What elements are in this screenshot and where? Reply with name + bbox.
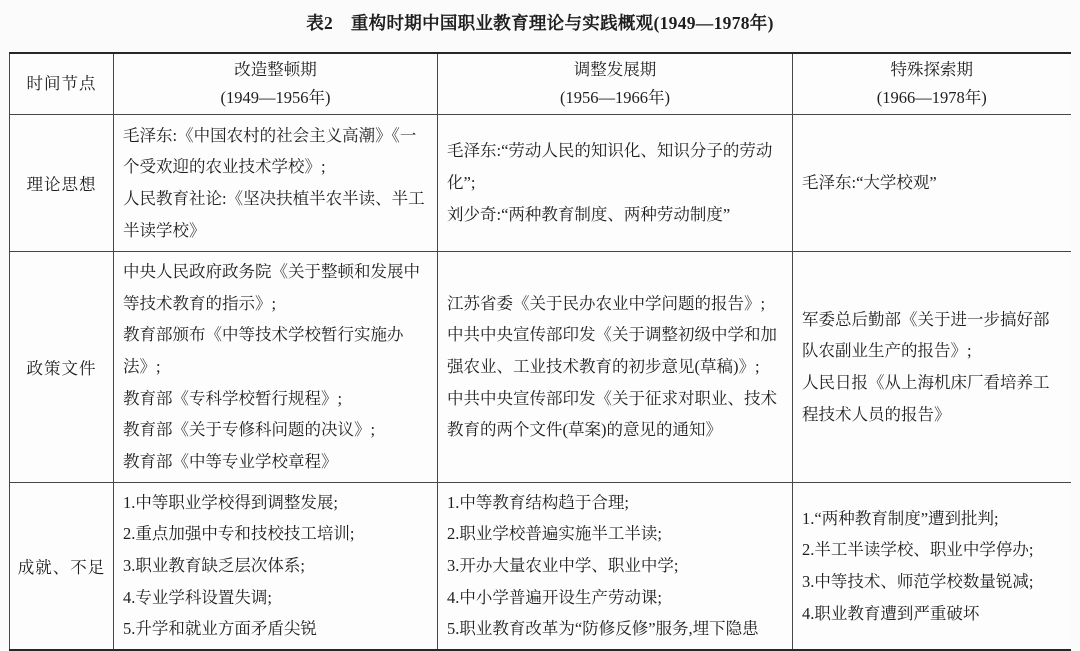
cell-line: 3.开办大量农业中学、职业中学; xyxy=(447,550,786,582)
column-name: 调整发展期 xyxy=(442,56,788,84)
row-label: 成就、不足 xyxy=(10,482,114,601)
column-header-period-3: 特殊探索期 (1966—1978年) xyxy=(793,53,1071,115)
cell-line: 毛泽东:“大学校观” xyxy=(802,167,1065,199)
table-row: 成就、不足1.中等职业学校得到调整发展;2.重点加强中专和技校技工培训;3.职业… xyxy=(10,482,1071,601)
cell-line: 教育部《专科学校暂行规程》; xyxy=(123,383,431,415)
cell-line: 1.“两种教育制度”遭到批判; xyxy=(802,503,1065,535)
cell-line: 3.中等技术、师范学校数量锐减; xyxy=(802,566,1065,598)
cell-line: 人民日报《从上海机床厂看培养工程技术人员的报告》 xyxy=(802,367,1065,430)
table-cell: 1.中等职业学校得到调整发展;2.重点加强中专和技校技工培训;3.职业教育缺乏层… xyxy=(114,482,438,601)
education-history-table: 时间节点 改造整顿期 (1949—1956年) 调整发展期 (1956—1966… xyxy=(9,52,1071,601)
table-body: 理论思想毛泽东:《中国农村的社会主义高潮》《一个受欢迎的农业技术学校》;人民教育… xyxy=(10,115,1071,602)
cell-line: 1.中等教育结构趋于合理; xyxy=(447,487,786,519)
column-name: 改造整顿期 xyxy=(118,56,433,84)
table-cell: 中央人民政府政务院《关于整顿和发展中等技术教育的指示》;教育部颁布《中等技术学校… xyxy=(114,252,438,483)
cell-line: 教育部颁布《中等技术学校暂行实施办法》; xyxy=(123,319,431,382)
table-cell: 1.“两种教育制度”遭到批判;2.半工半读学校、职业中学停办;3.中等技术、师范… xyxy=(793,482,1071,601)
cell-line: 毛泽东:“劳动人民的知识化、知识分子的劳动化”; xyxy=(447,135,786,198)
cell-line: 1.中等职业学校得到调整发展; xyxy=(123,487,431,519)
cell-line: 中央人民政府政务院《关于整顿和发展中等技术教育的指示》; xyxy=(123,256,431,319)
cell-line: 军委总后勤部《关于进一步搞好部队农副业生产的报告》; xyxy=(802,304,1065,367)
table-row: 政策文件中央人民政府政务院《关于整顿和发展中等技术教育的指示》;教育部颁布《中等… xyxy=(10,252,1071,483)
column-period: (1949—1956年) xyxy=(118,84,433,112)
column-header-period-1: 改造整顿期 (1949—1956年) xyxy=(114,53,438,115)
cell-line: 2.职业学校普遍实施半工半读; xyxy=(447,518,786,550)
column-header-period-2: 调整发展期 (1956—1966年) xyxy=(438,53,793,115)
cell-line: 4.专业学科设置失调; xyxy=(123,582,431,601)
table-row: 理论思想毛泽东:《中国农村的社会主义高潮》《一个受欢迎的农业技术学校》;人民教育… xyxy=(10,115,1071,252)
cell-line: 教育部《中等专业学校章程》 xyxy=(123,446,431,478)
table-cell: 毛泽东:“大学校观” xyxy=(793,115,1071,252)
cell-line: 中共中央宣传部印发《关于调整初级中学和加强农业、工业技术教育的初步意见(草稿)》… xyxy=(447,319,786,382)
row-label: 理论思想 xyxy=(10,115,114,252)
table-cell: 毛泽东:“劳动人民的知识化、知识分子的劳动化”;刘少奇:“两种教育制度、两种劳动… xyxy=(438,115,793,252)
cell-line: 江苏省委《关于民办农业中学问题的报告》; xyxy=(447,288,786,320)
cell-line: 毛泽东:《中国农村的社会主义高潮》《一个受欢迎的农业技术学校》; xyxy=(123,120,431,183)
cell-line: 中共中央宣传部印发《关于征求对职业、技术教育的两个文件(草案)的意见的通知》 xyxy=(447,383,786,446)
table-title: 表2 重构时期中国职业教育理论与实践概观(1949—1978年) xyxy=(0,0,1080,35)
column-name: 特殊探索期 xyxy=(797,56,1067,84)
cell-line: 2.半工半读学校、职业中学停办; xyxy=(802,534,1065,566)
table-cell: 江苏省委《关于民办农业中学问题的报告》;中共中央宣传部印发《关于调整初级中学和加… xyxy=(438,252,793,483)
table-cell: 1.中等教育结构趋于合理;2.职业学校普遍实施半工半读;3.开办大量农业中学、职… xyxy=(438,482,793,601)
column-period: (1956—1966年) xyxy=(442,84,788,112)
header-row: 时间节点 改造整顿期 (1949—1956年) 调整发展期 (1956—1966… xyxy=(10,53,1071,115)
cell-line: 4.中小学普遍开设生产劳动课; xyxy=(447,582,786,601)
column-period: (1966—1978年) xyxy=(797,84,1067,112)
cell-line: 刘少奇:“两种教育制度、两种劳动制度” xyxy=(447,199,786,231)
scanned-paper-table-page: 表2 重构时期中国职业教育理论与实践概观(1949—1978年) 时间节点 改造… xyxy=(0,0,1080,35)
cell-line: 人民教育社论:《坚决扶植半农半读、半工半读学校》 xyxy=(123,183,431,246)
cell-line: 4.职业教育遭到严重破坏 xyxy=(802,598,1065,601)
corner-header-time-node: 时间节点 xyxy=(10,53,114,115)
table-header: 时间节点 改造整顿期 (1949—1956年) 调整发展期 (1956—1966… xyxy=(10,53,1071,115)
table-cell: 毛泽东:《中国农村的社会主义高潮》《一个受欢迎的农业技术学校》;人民教育社论:《… xyxy=(114,115,438,252)
table-cell: 军委总后勤部《关于进一步搞好部队农副业生产的报告》;人民日报《从上海机床厂看培养… xyxy=(793,252,1071,483)
cell-line: 2.重点加强中专和技校技工培训; xyxy=(123,518,431,550)
cell-line: 3.职业教育缺乏层次体系; xyxy=(123,550,431,582)
cell-line: 教育部《关于专修科问题的决议》; xyxy=(123,414,431,446)
row-label: 政策文件 xyxy=(10,252,114,483)
